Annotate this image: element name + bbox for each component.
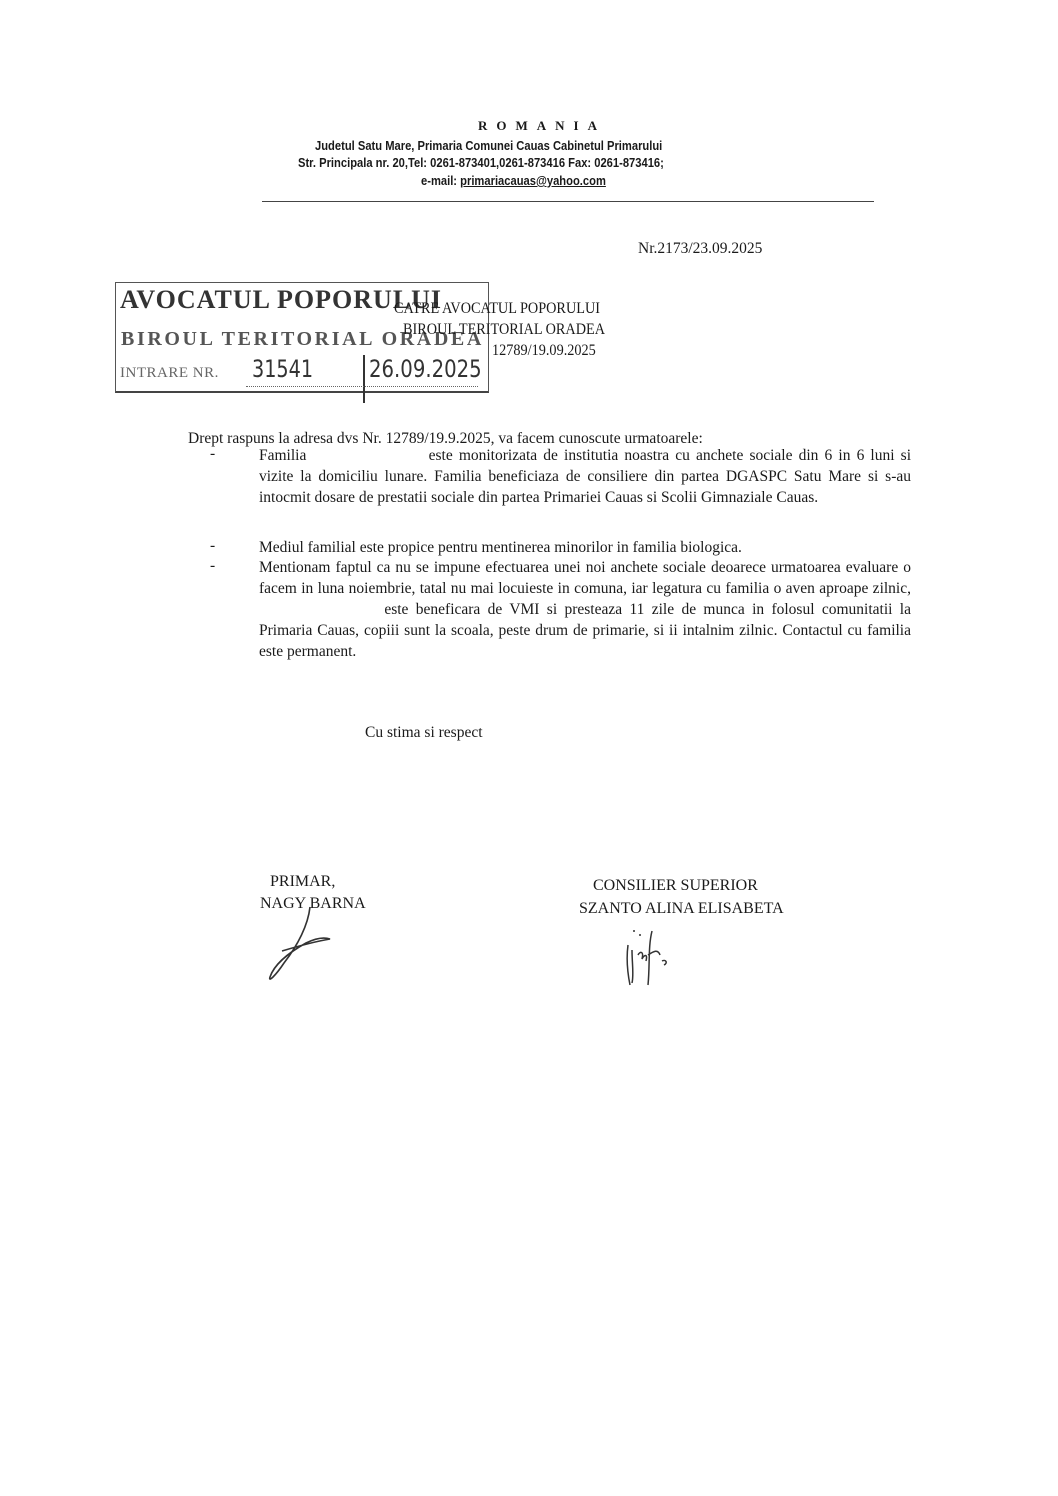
recipient-line1: CATRE AVOCATUL POPORULUI — [394, 300, 600, 318]
stamp-entry-date: 26.09.2025 — [369, 355, 482, 383]
recipient-reference: 12789/19.09.2025 — [492, 342, 596, 360]
email-link[interactable]: primariacauas@yahoo.com — [460, 173, 606, 188]
right-signatory-title: CONSILIER SUPERIOR — [593, 877, 758, 895]
mayor-signature-icon — [262, 905, 342, 985]
right-signatory-name: SZANTO ALINA ELISABETA — [579, 900, 784, 918]
point-1-text-start: Familia — [259, 447, 312, 464]
body-point-1: Familia este monitorizata de institutia … — [259, 445, 911, 508]
letterhead-country: ROMANIA — [478, 118, 606, 134]
left-signatory-title: PRIMAR, — [270, 873, 335, 891]
stamp-dotted-line — [246, 386, 478, 387]
counselor-signature-icon — [618, 925, 678, 990]
body-point-2: Mediul familial este propice pentru ment… — [259, 537, 911, 558]
stamp-entry-number: 31541 — [252, 355, 313, 383]
bullet-marker: - — [210, 557, 215, 575]
letterhead-divider — [262, 201, 874, 202]
letterhead-contact: Str. Principala nr. 20,Tel: 0261-873401,… — [298, 155, 664, 170]
bullet-marker: - — [210, 445, 215, 463]
body-point-3: Mentionam faptul ca nu se impune efectua… — [259, 557, 911, 662]
recipient-line2: BIROUL TERITORIAL ORADEA — [403, 321, 605, 339]
point-2-text: Mediul familial este propice pentru ment… — [259, 539, 742, 556]
point-3-text-start: Mentionam faptul ca nu se impune efectua… — [259, 559, 911, 597]
document-number: Nr.2173/23.09.2025 — [638, 240, 762, 258]
point-1-text-end: este monitorizata de institutia noastra … — [259, 447, 911, 506]
stamp-entry-label: INTRARE NR. — [120, 365, 219, 382]
bullet-marker: - — [210, 537, 215, 555]
point-3-text-end: este beneficara de VMI si presteaza 11 z… — [259, 601, 911, 660]
letterhead-institution: Judetul Satu Mare, Primaria Comunei Caua… — [315, 138, 662, 153]
letterhead-email-line: e-mail: primariacauas@yahoo.com — [421, 173, 606, 188]
email-label: e-mail: — [421, 173, 460, 188]
closing-formula: Cu stima si respect — [365, 724, 483, 742]
stamp-separator — [363, 355, 365, 403]
